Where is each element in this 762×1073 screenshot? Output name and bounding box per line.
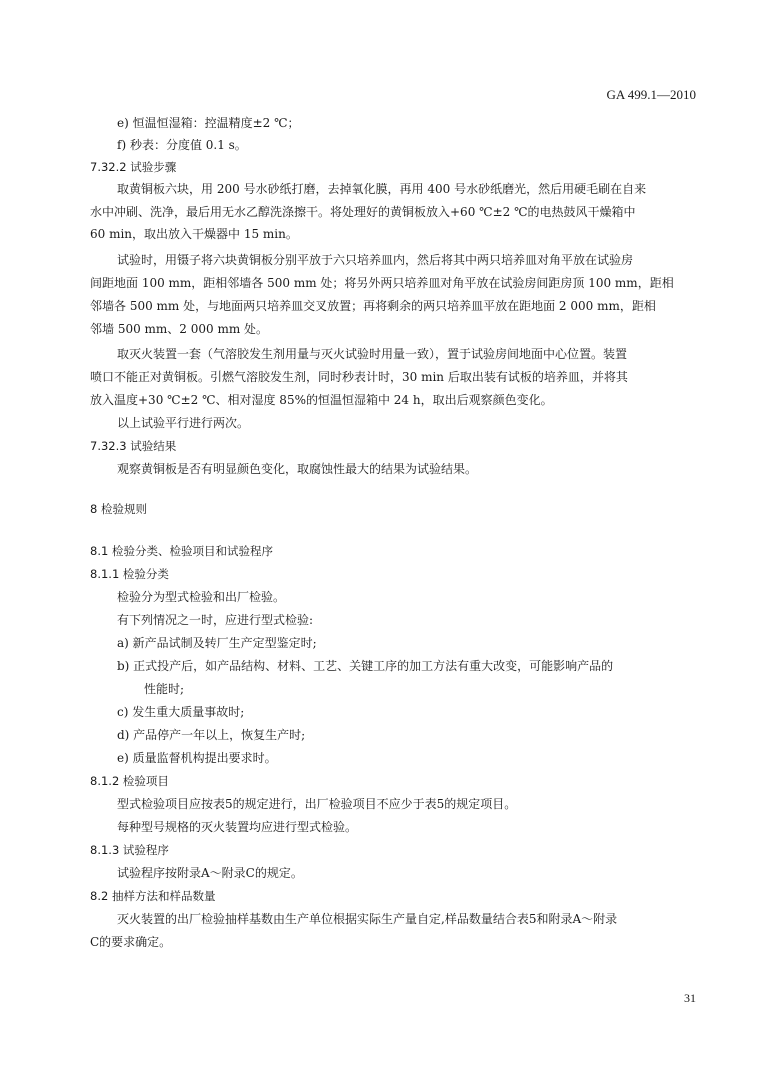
section-heading: 8.1.2 检验项目 — [90, 774, 690, 788]
text-line: 观察黄铜板是否有明显颜色变化，取腐蚀性最大的结果为试验结果。 — [117, 462, 717, 476]
section-heading: 7.32.2 试验步骤 — [90, 160, 690, 174]
text-line: 有下列情况之一时，应进行型式检验: — [117, 613, 717, 627]
text-line: 性能时; — [144, 682, 744, 696]
text-line: 水中冲刷、洗净，最后用无水乙醇洗涤擦干。将处理好的黄铜板放入+60 ℃±2 ℃的… — [90, 205, 690, 219]
document-page: GA 499.1—2010 e) 恒温恒湿箱：控温精度±2 ℃；f) 秒表：分度… — [0, 0, 762, 1073]
text-line: 放入温度+30 ℃±2 ℃、相对湿度 85%的恒温恒湿箱中 24 h，取出后观察… — [90, 393, 690, 407]
text-line: e) 质量监督机构提出要求时。 — [117, 751, 717, 765]
text-line: 每种型号规格的灭火装置均应进行型式检验。 — [117, 820, 717, 834]
section-heading: 8.1.3 试验程序 — [90, 843, 690, 857]
text-line: f) 秒表：分度值 0.1 s。 — [117, 138, 717, 152]
text-line: 邻墙 500 mm、2 000 mm 处。 — [90, 322, 690, 336]
text-line: 取黄铜板六块，用 200 号水砂纸打磨，去掉氧化膜，再用 400 号水砂纸磨光，… — [117, 182, 717, 196]
text-line: 型式检验项目应按表5的规定进行，出厂检验项目不应少于表5的规定项目。 — [117, 797, 717, 811]
text-line: 取灭火装置一套（气溶胶发生剂用量与灭火试验时用量一致），置于试验房间地面中心位置… — [117, 347, 717, 361]
section-heading: 7.32.3 试验结果 — [90, 439, 690, 453]
text-line: e) 恒温恒湿箱：控温精度±2 ℃； — [117, 116, 717, 130]
text-line: c) 发生重大质量事故时; — [117, 705, 717, 719]
text-line: 邻墙各 500 mm 处，与地面两只培养皿交叉放置；再将剩余的两只培养皿平放在距… — [90, 299, 690, 313]
text-line: 60 min，取出放入干燥器中 15 min。 — [90, 227, 690, 241]
page-number: 31 — [684, 991, 696, 1006]
text-line: C的要求确定。 — [90, 935, 690, 949]
section-heading: 8.1 检验分类、检验项目和试验程序 — [90, 544, 690, 558]
text-line: 喷口不能正对黄铜板。引燃气溶胶发生剂，同时秒表计时，30 min 后取出装有试板… — [90, 370, 690, 384]
section-heading: 8.1.1 检验分类 — [90, 567, 690, 581]
text-line: 检验分为型式检验和出厂检验。 — [117, 590, 717, 604]
text-line: 试验程序按附录A～附录C的规定。 — [117, 866, 717, 880]
text-line: d) 产品停产一年以上，恢复生产时; — [117, 728, 717, 742]
standard-number-header: GA 499.1—2010 — [606, 87, 696, 103]
section-heading: 8.2 抽样方法和样品数量 — [90, 889, 690, 903]
text-line: 间距地面 100 mm，距相邻墙各 500 mm 处；将另外两只培养皿对角平放在… — [90, 276, 690, 290]
text-line: a) 新产品试制及转厂生产定型鉴定时; — [117, 636, 717, 650]
text-line: b) 正式投产后，如产品结构、材料、工艺、关键工序的加工方法有重大改变，可能影响… — [117, 659, 717, 673]
text-line: 试验时，用镊子将六块黄铜板分别平放于六只培养皿内，然后将其中两只培养皿对角平放在… — [117, 253, 717, 267]
text-line: 灭火装置的出厂检验抽样基数由生产单位根据实际生产量自定,样品数量结合表5和附录A… — [117, 912, 717, 926]
text-line: 以上试验平行进行两次。 — [117, 416, 717, 430]
section-heading: 8 检验规则 — [90, 502, 690, 516]
